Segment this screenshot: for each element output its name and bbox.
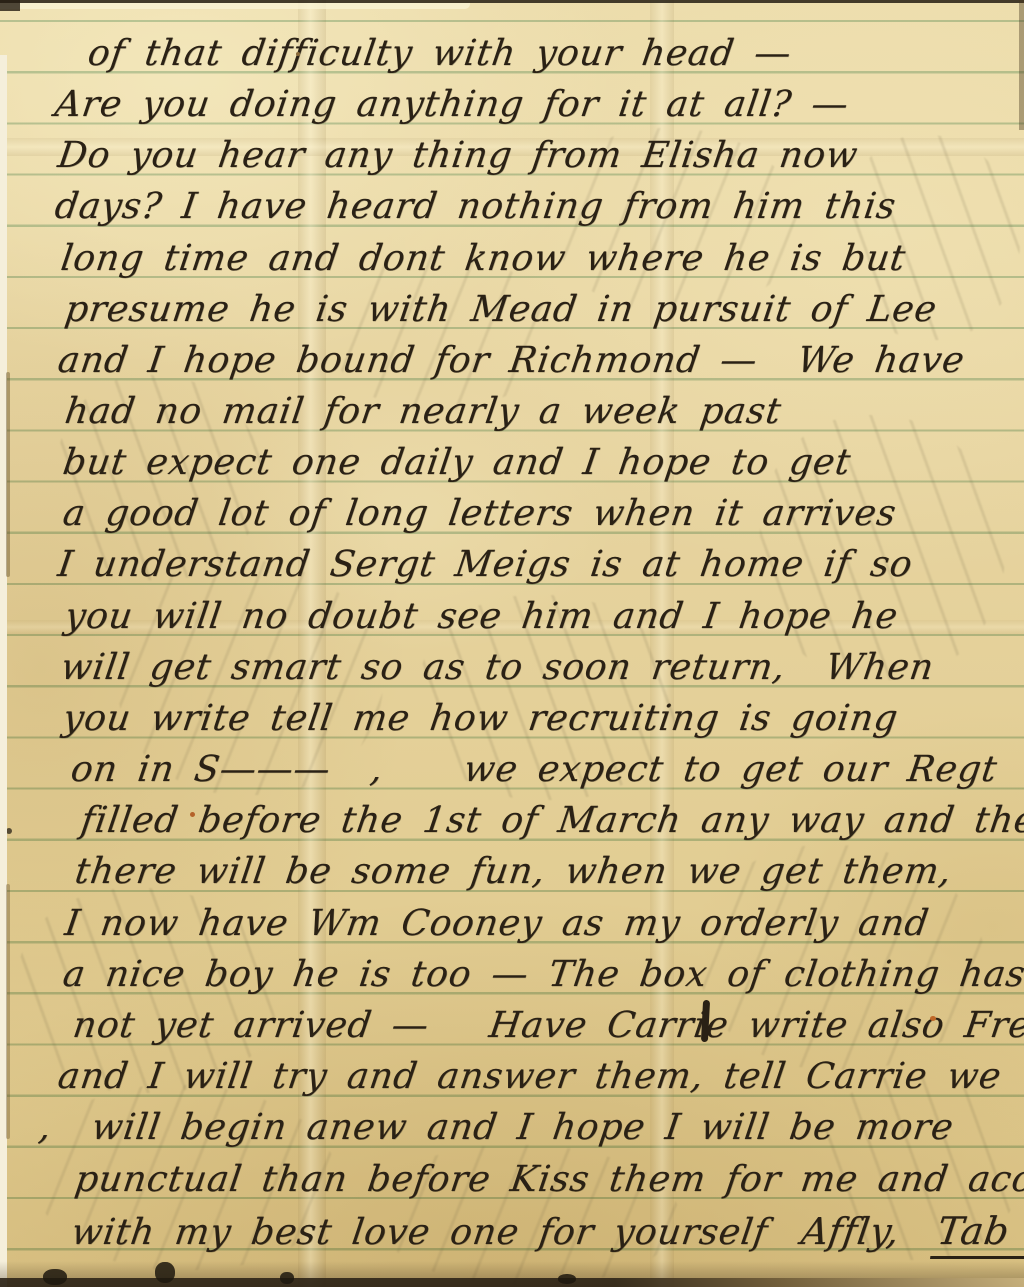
letter-line: I understand Sergt Meigs is at home if s…: [55, 542, 916, 588]
letter-line: will get smart so as to soon return, Whe…: [58, 645, 937, 691]
letter-line: and I hope bound for Richmond — We have: [55, 338, 968, 384]
letter-line: there will be some fun, when we get them…: [72, 849, 955, 895]
page-edge-crease: [6, 884, 10, 1139]
edge-tear-mark: [155, 1262, 175, 1283]
letter-line: on in S——— , we expect to get our Regt: [68, 747, 1000, 793]
edge-tear-mark: [558, 1274, 576, 1284]
page-edge-right: [1019, 0, 1024, 130]
letter-line: Do you hear any thing from Elisha now: [55, 133, 861, 179]
letter-final-line: with my best love one for yourself Affly…: [68, 1208, 1024, 1259]
signature-closing: Affly,: [798, 1209, 902, 1255]
page-corner-dark: [0, 0, 20, 11]
letter-line: a nice boy he is too — The box of clothi…: [60, 952, 1024, 998]
letter-line: filled before the 1st of March any way a…: [78, 798, 1024, 844]
letter-line: presume he is with Mead in pursuit of Le…: [62, 287, 940, 333]
letter-line: , will begin anew and I hope I will be m…: [36, 1105, 957, 1151]
signature-name: Tab: [930, 1208, 1024, 1259]
page-edge-crease: [6, 372, 10, 577]
letter-line: you write tell me how recruiting is goin…: [60, 696, 901, 742]
page-edge-top-highlight: [0, 3, 470, 9]
letter-line: a good lot of long letters when it arriv…: [60, 491, 899, 537]
letter-line: days? I have heard nothing from him this: [52, 184, 899, 230]
letter-line: long time and dont know where he is but: [58, 236, 909, 282]
page-edge-bottom: [0, 1278, 1024, 1287]
letter-line: I now have Wm Cooney as my orderly and: [62, 901, 932, 947]
letter-line: with my best love one for yourself: [68, 1210, 770, 1256]
edge-tear-mark: [280, 1272, 294, 1284]
letter-line: you will no doubt see him and I hope he: [62, 594, 901, 640]
edge-tear-mark: [43, 1269, 67, 1285]
letter-line: punctual than before Kiss them for me an…: [72, 1157, 1024, 1203]
rust-spot: [296, 52, 300, 56]
letter-line: had no mail for nearly a week past: [62, 389, 784, 435]
letter-line: and I will try and answer them, tell Car…: [55, 1054, 1004, 1100]
letter-line: of that difficulty with your head —: [85, 31, 794, 77]
rust-spot: [190, 812, 195, 817]
letter-line: not yet arrived — Have Carrie write also…: [70, 1003, 1024, 1049]
letter-line: but expect one daily and I hope to get: [60, 440, 854, 486]
letter-line: Are you doing anything for it at all? —: [52, 82, 852, 128]
rust-spot: [930, 1016, 936, 1021]
letter-page: of that difficulty with your head — Are …: [0, 0, 1024, 1287]
